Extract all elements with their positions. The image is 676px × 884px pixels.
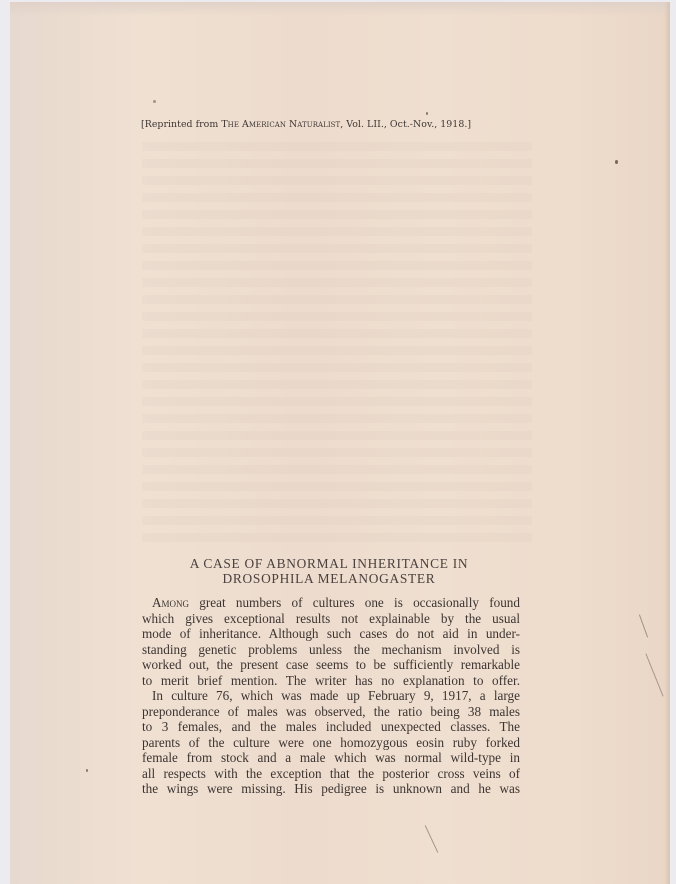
body-line: mode of inheritance. Although such cases… (142, 626, 520, 642)
header-suffix: , Vol. LII., Oct.-Nov., 1918.] (340, 119, 471, 130)
title-line-1: A CASE OF ABNORMAL INHERITANCE IN (140, 556, 518, 571)
speck-mark (153, 100, 156, 103)
article-body: Among great numbers of cultures one is o… (142, 595, 520, 797)
paragraph-2: In culture 76, which was made up Februar… (142, 688, 520, 797)
speck-mark (615, 160, 618, 164)
pencil-stroke (639, 615, 648, 638)
reprint-header: [Reprinted from The American Naturalist,… (141, 119, 521, 130)
title-line-2: DROSOPHILA MELANOGASTER (140, 571, 518, 586)
body-line: worked out, the present case seems to be… (142, 657, 520, 673)
page-edge-shadow (664, 2, 670, 884)
body-line: all respects with the exception that the… (142, 766, 520, 782)
body-line: preponderance of males was observed, the… (142, 704, 520, 720)
header-journal: The American Naturalist (221, 119, 340, 130)
scanned-page: [Reprinted from The American Naturalist,… (10, 2, 670, 884)
body-line: Among great numbers of cultures one is o… (142, 595, 520, 611)
paragraph-1: Among great numbers of cultures one is o… (142, 595, 520, 688)
body-line: to merit brief mention. The writer has n… (142, 673, 520, 689)
body-line: the wings were missing. His pedigree is … (142, 781, 520, 797)
lead-word: Among (152, 595, 189, 610)
body-line: which gives exceptional results not expl… (142, 611, 520, 627)
body-line: In culture 76, which was made up Februar… (142, 688, 520, 704)
article-title: A CASE OF ABNORMAL INHERITANCE IN DROSOP… (140, 556, 518, 586)
speck-mark (426, 112, 428, 115)
body-line: to 3 females, and the males included une… (142, 719, 520, 735)
pencil-stroke (425, 825, 439, 853)
body-line: standing genetic problems unless the mec… (142, 642, 520, 658)
speck-mark (86, 769, 88, 772)
show-through-text (142, 142, 532, 542)
body-line: parents of the culture were one homozygo… (142, 735, 520, 751)
pencil-stroke (645, 653, 663, 696)
header-prefix: [Reprinted from (141, 119, 221, 130)
body-line: female from stock and a male which was n… (142, 750, 520, 766)
